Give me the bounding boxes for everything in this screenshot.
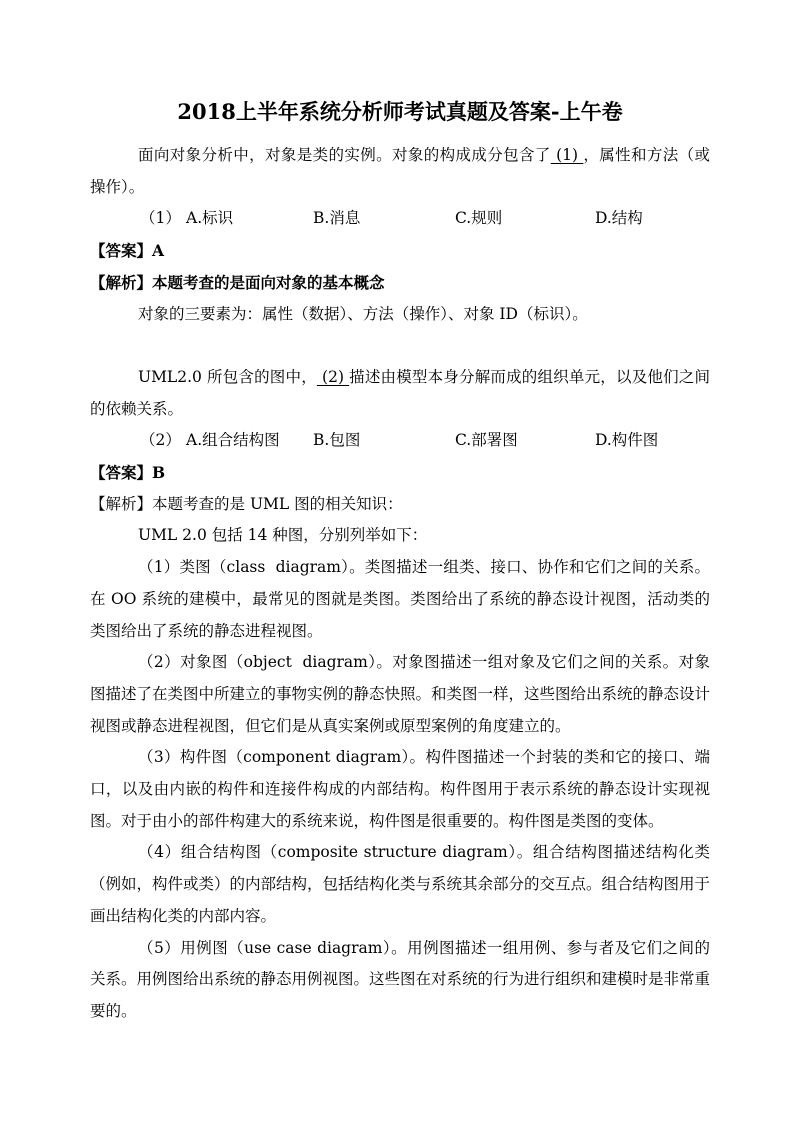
paragraph-spacer	[90, 330, 710, 362]
q1-option-number: （1）	[140, 203, 181, 235]
q2-analysis-lead: UML 2.0 包括 14 种图，分别列举如下：	[90, 520, 710, 552]
q1-analysis-label: 【解析】	[90, 273, 152, 292]
q2-option-a: A.组合结构图	[186, 425, 280, 457]
q1-answer-value: A	[152, 241, 164, 260]
q2-option-number: （2）	[140, 425, 181, 457]
q2-option-c: C.部署图	[455, 425, 518, 457]
q2-answer-label: 【答案】	[90, 463, 152, 482]
q2-analysis-item-1: （1）类图（class diagram）。类图描述一组类、接口、协作和它们之间的…	[90, 552, 710, 647]
q2-blank-underlined: (2)	[317, 368, 349, 386]
q1-option-a: A.标识	[186, 203, 233, 235]
q1-option-c: C.规则	[455, 203, 502, 235]
q2-analysis-item-3: （3）构件图（component diagram）。构件图描述一个封装的类和它的…	[90, 742, 710, 837]
q2-analysis-item-4: （4）组合结构图（composite structure diagram）。组合…	[90, 837, 710, 932]
q2-options-row: （2） A.组合结构图 B.包图 C.部署图 D.构件图	[90, 425, 710, 457]
q1-analysis-heading: 【解析】本题考查的是面向对象的基本概念	[90, 267, 710, 299]
q1-analysis-title: 本题考查的是面向对象的基本概念	[152, 273, 385, 292]
q2-option-b: B.包图	[313, 425, 360, 457]
q1-answer-label: 【答案】	[90, 241, 152, 260]
q2-analysis-intro: 本题考查的是 UML 图的相关知识：	[152, 495, 403, 513]
q2-analysis-item-2: （2）对象图（object diagram）。对象图描述一组对象及它们之间的关系…	[90, 647, 710, 742]
q1-options-row: （1） A.标识 B.消息 C.规则 D.结构	[90, 203, 710, 235]
q1-option-d: D.结构	[595, 203, 643, 235]
q1-stem: 面向对象分析中，对象是类的实例。对象的构成成分包含了 (1) ，属性和方法（或操…	[90, 140, 710, 203]
q2-analysis-item-5: （5）用例图（use case diagram）。用例图描述一组用例、参与者及它…	[90, 933, 710, 1028]
q1-stem-before: 面向对象分析中，对象是类的实例。对象的构成成分包含了	[138, 146, 551, 164]
q2-answer-line: 【答案】B	[90, 457, 710, 489]
q2-stem: UML2.0 所包含的图中， (2) 描述由模型本身分解而成的组织单元，以及他们…	[90, 362, 710, 425]
q1-option-b: B.消息	[313, 203, 360, 235]
q2-stem-before: UML2.0 所包含的图中，	[138, 368, 317, 386]
document-page: 2018上半年系统分析师考试真题及答案-上午卷 面向对象分析中，对象是类的实例。…	[0, 0, 794, 1123]
document-title: 2018上半年系统分析师考试真题及答案-上午卷	[90, 98, 710, 126]
q1-analysis-detail: 对象的三要素为：属性（数据）、方法（操作）、对象 ID（标识）。	[90, 299, 710, 331]
q1-answer-line: 【答案】A	[90, 235, 710, 267]
q2-analysis-label: 【解析】	[90, 495, 152, 513]
q2-answer-value: B	[152, 463, 165, 482]
q1-blank-underlined: (1)	[551, 146, 584, 164]
q2-analysis-heading: 【解析】本题考查的是 UML 图的相关知识：	[90, 489, 710, 521]
q2-option-d: D.构件图	[595, 425, 658, 457]
